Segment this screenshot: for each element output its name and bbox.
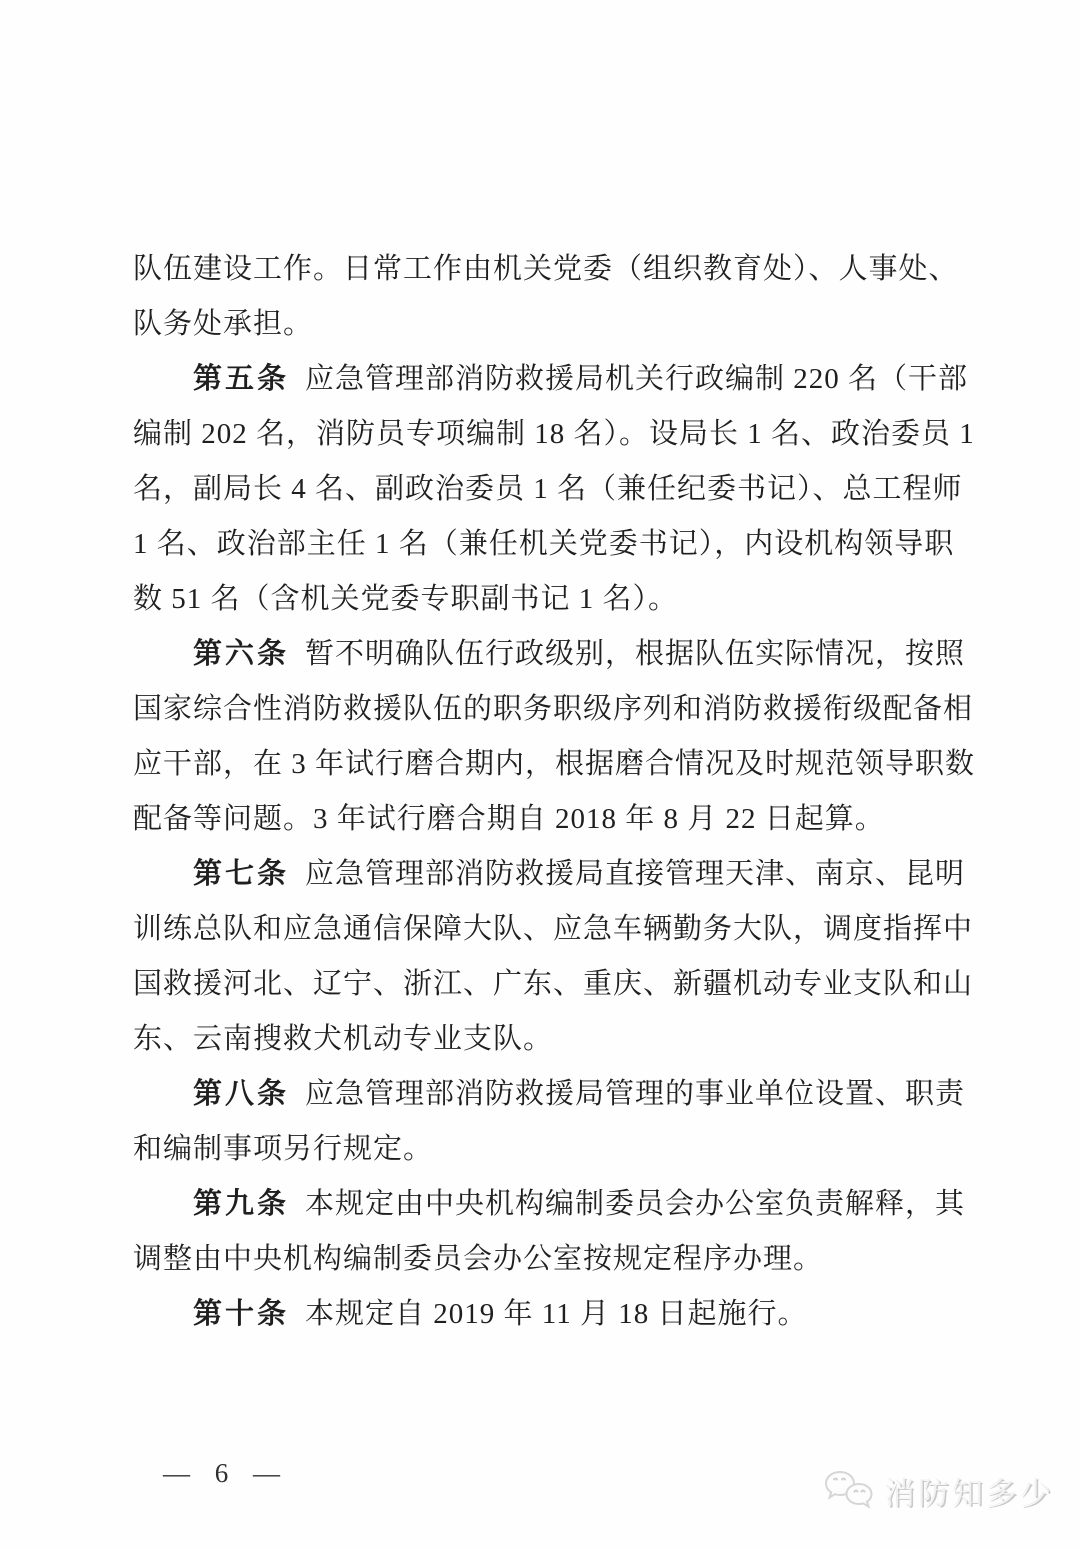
article-term: 第五条 (193, 363, 289, 395)
document-line: 第七条应急管理部消防救援局直接管理天津、南京、昆明 (133, 847, 951, 902)
article-term: 第九条 (193, 1188, 289, 1220)
document-line: 第九条本规定由中央机构编制委员会办公室负责解释，其 (133, 1177, 951, 1232)
document-line: 编制 202 名，消防员专项编制 18 名）。设局长 1 名、政治委员 1 (133, 407, 951, 462)
document-line: 国家综合性消防救援队伍的职务职级序列和消防救援衔级配备相 (133, 682, 951, 737)
line-text: 队伍建设工作。日常工作由机关党委（组织教育处）、人事处、 (133, 253, 959, 285)
watermark-label: 消防知多少 (884, 1468, 1054, 1513)
document-line: 国救援河北、辽宁、浙江、广东、重庆、新疆机动专业支队和山 (133, 957, 951, 1012)
line-text: 名，副局长 4 名、副政治委员 1 名（兼任纪委书记）、总工程师 (133, 473, 963, 505)
document-line: 1 名、政治部主任 1 名（兼任机关党委书记），内设机构领导职 (133, 517, 951, 572)
document-line: 第五条应急管理部消防救援局机关行政编制 220 名（干部 (133, 352, 951, 407)
document-line: 配备等问题。3 年试行磨合期自 2018 年 8 月 22 日起算。 (133, 792, 951, 847)
document-line: 第六条暂不明确队伍行政级别，根据队伍实际情况，按照 (133, 627, 951, 682)
document-line: 名，副局长 4 名、副政治委员 1 名（兼任纪委书记）、总工程师 (133, 462, 951, 517)
line-text: 本规定由中央机构编制委员会办公室负责解释，其 (305, 1188, 965, 1220)
document-line: 和编制事项另行规定。 (133, 1122, 951, 1177)
document-line: 第八条应急管理部消防救援局管理的事业单位设置、职责 (133, 1067, 951, 1122)
document-line: 调整由中央机构编制委员会办公室按规定程序办理。 (133, 1232, 951, 1287)
document-line: 队伍建设工作。日常工作由机关党委（组织教育处）、人事处、 (133, 242, 951, 297)
line-text: 东、云南搜救犬机动专业支队。 (133, 1023, 553, 1055)
line-text: 和编制事项另行规定。 (133, 1133, 433, 1165)
document-line: 东、云南搜救犬机动专业支队。 (133, 1012, 951, 1067)
document-line: 队务处承担。 (133, 297, 951, 352)
page-number: — 6 — (163, 1455, 289, 1491)
line-text: 1 名、政治部主任 1 名（兼任机关党委书记），内设机构领导职 (133, 528, 954, 560)
line-text: 配备等问题。3 年试行磨合期自 2018 年 8 月 22 日起算。 (133, 803, 885, 835)
line-text: 应干部，在 3 年试行磨合期内，根据磨合情况及时规范领导职数 (133, 748, 975, 780)
line-text: 暂不明确队伍行政级别，根据队伍实际情况，按照 (305, 638, 965, 670)
line-text: 应急管理部消防救援局管理的事业单位设置、职责 (305, 1078, 965, 1110)
document-body: 队伍建设工作。日常工作由机关党委（组织教育处）、人事处、队务处承担。第五条应急管… (133, 242, 951, 1342)
line-text: 数 51 名（含机关党委专职副书记 1 名）。 (133, 583, 678, 615)
wechat-bubbles-icon (822, 1469, 876, 1513)
document-line: 应干部，在 3 年试行磨合期内，根据磨合情况及时规范领导职数 (133, 737, 951, 792)
line-text: 训练总队和应急通信保障大队、应急车辆勤务大队，调度指挥中 (133, 913, 973, 945)
article-term: 第八条 (193, 1078, 289, 1110)
document-line: 训练总队和应急通信保障大队、应急车辆勤务大队，调度指挥中 (133, 902, 951, 957)
line-text: 应急管理部消防救援局直接管理天津、南京、昆明 (305, 858, 965, 890)
line-text: 应急管理部消防救援局机关行政编制 220 名（干部 (305, 363, 968, 395)
watermark: 消防知多少 (822, 1468, 1054, 1513)
scanned-document-page: 队伍建设工作。日常工作由机关党委（组织教育处）、人事处、队务处承担。第五条应急管… (0, 0, 1080, 1549)
line-text: 队务处承担。 (133, 308, 313, 340)
line-text: 国家综合性消防救援队伍的职务职级序列和消防救援衔级配备相 (133, 693, 973, 725)
line-text: 本规定自 2019 年 11 月 18 日起施行。 (305, 1298, 807, 1330)
document-line: 第十条本规定自 2019 年 11 月 18 日起施行。 (133, 1287, 951, 1342)
line-text: 调整由中央机构编制委员会办公室按规定程序办理。 (133, 1243, 823, 1275)
line-text: 编制 202 名，消防员专项编制 18 名）。设局长 1 名、政治委员 1 (133, 418, 975, 450)
article-term: 第七条 (193, 858, 289, 890)
article-term: 第十条 (193, 1298, 289, 1330)
document-line: 数 51 名（含机关党委专职副书记 1 名）。 (133, 572, 951, 627)
article-term: 第六条 (193, 638, 289, 670)
line-text: 国救援河北、辽宁、浙江、广东、重庆、新疆机动专业支队和山 (133, 968, 973, 1000)
